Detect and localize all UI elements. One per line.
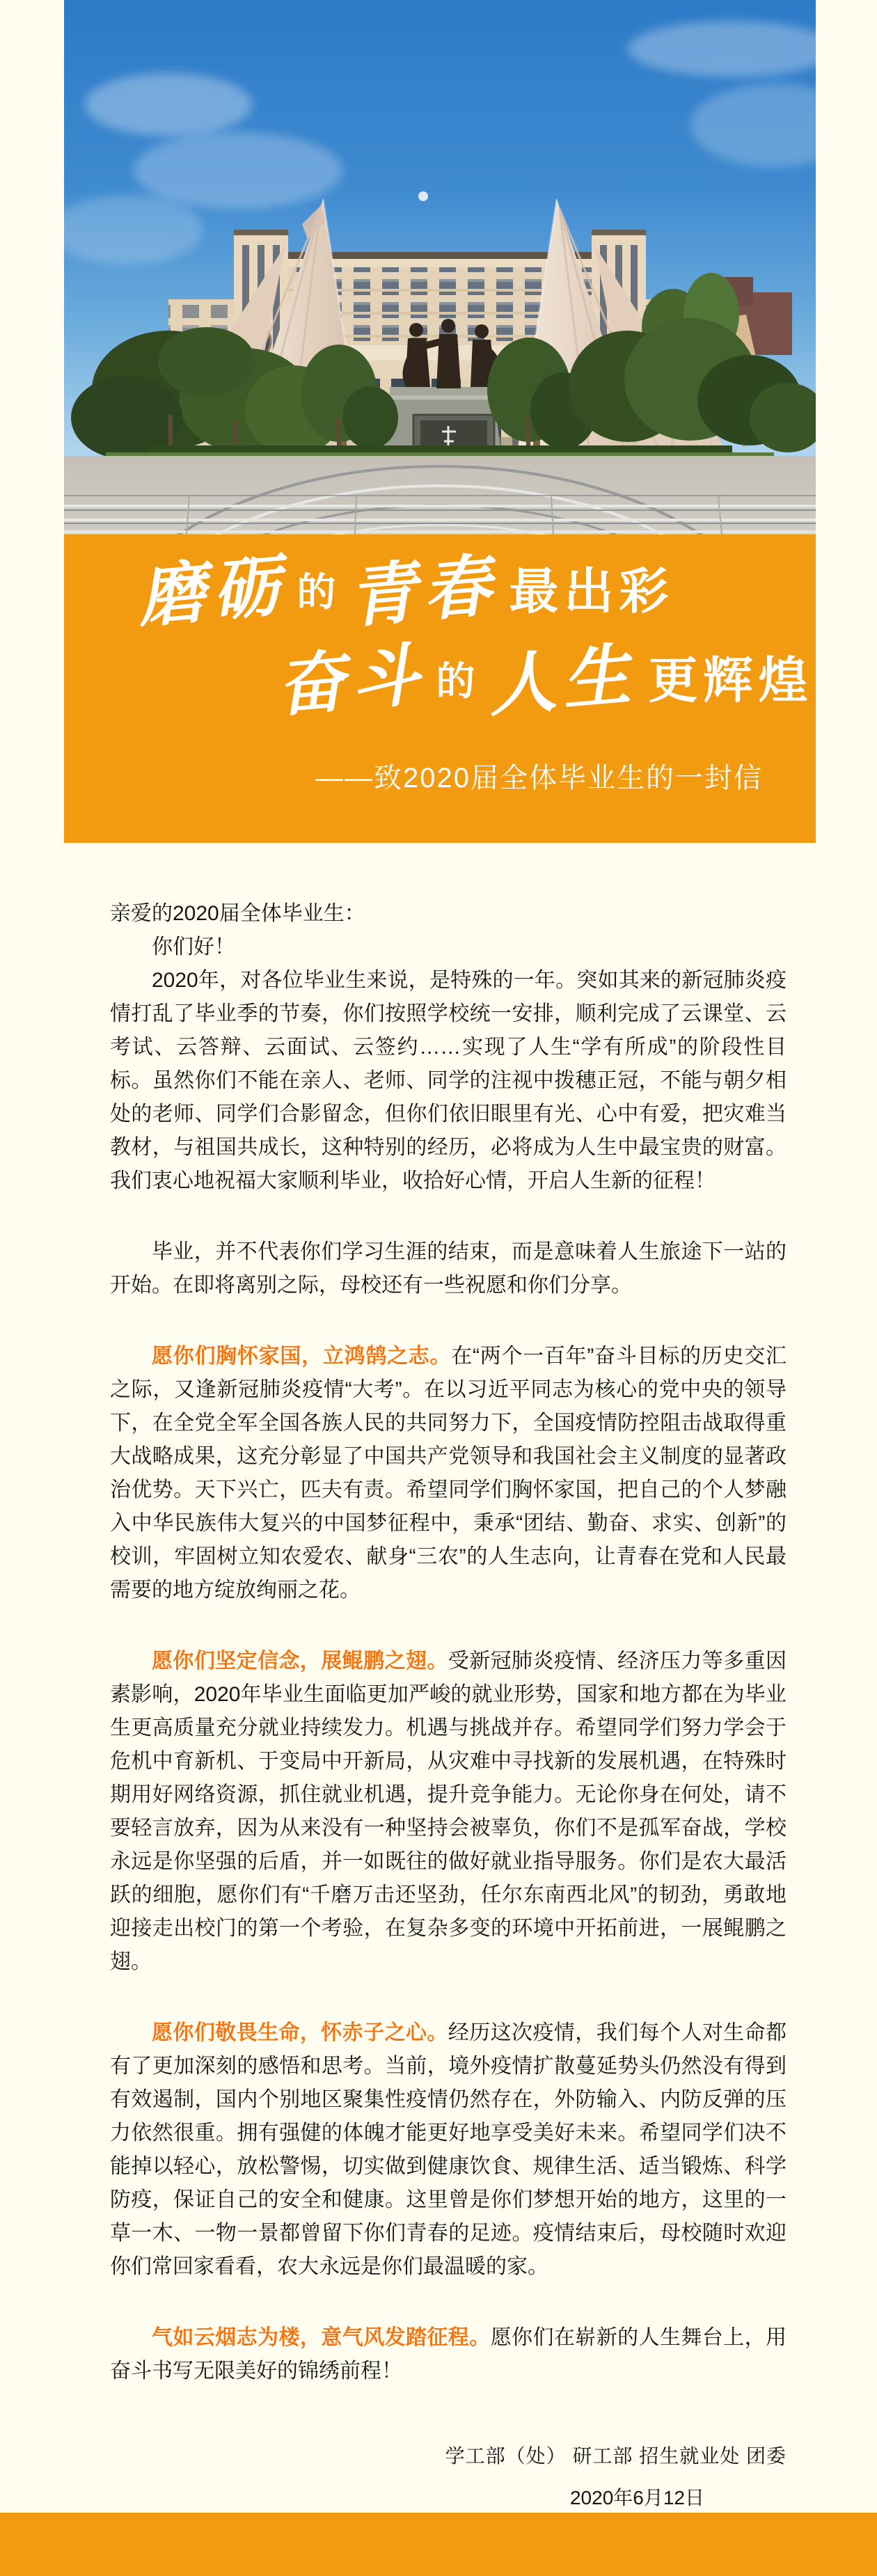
paragraph-lead: 气如云烟志为楼，意气风发踏征程。: [152, 2326, 491, 2349]
banner-title-line2: 奋斗 的 人生 更辉煌: [273, 647, 813, 715]
banner-title-line1: 磨砺 的 青春 最出彩: [134, 558, 674, 626]
title-banner: 磨砺 的 青春 最出彩 奋斗 的 人生 更辉煌 ——致2020届全体毕业生的一封…: [64, 535, 816, 843]
letter-body: 亲爱的2020届全体毕业生： 你们好！ 2020年，对各位毕业生来说，是特殊的一…: [110, 843, 787, 2515]
title-word: 的: [433, 662, 480, 701]
paragraph: 愿你们坚定信念，展鲲鹏之翅。受新冠肺炎疫情、经济压力等多重因素影响，2020年毕…: [110, 1645, 787, 1979]
paragraph: 2020年，对各位毕业生来说，是特殊的一年。突如其来的新冠肺炎疫情打乱了毕业季的…: [110, 964, 787, 1198]
moon: [418, 191, 428, 201]
paragraph-lead: 愿你们敬畏生命，怀赤子之心。: [152, 2021, 448, 2044]
paragraph: 愿你们敬畏生命，怀赤子之心。经历这次疫情，我们每个人对生命都有了更加深刻的感悟和…: [110, 2016, 787, 2284]
paragraph-lead: 愿你们坚定信念，展鲲鹏之翅。: [152, 1650, 448, 1673]
banner-subtitle: ——致2020届全体毕业生的一封信: [315, 756, 763, 796]
campus-photo: [64, 0, 816, 535]
paragraph-text: 经历这次疫情，我们每个人对生命都有了更加深刻的感悟和思考。当前，境外疫情扩散蔓延…: [110, 2021, 787, 2278]
title-calligraphy-word: 人生: [481, 640, 644, 721]
title-word: 最出彩: [505, 567, 674, 617]
paragraph-text: 受新冠肺炎疫情、经济压力等多重因素影响，2020年毕业生面临更加严峻的就业形势，…: [110, 1650, 787, 1973]
campus-photo-illustration: [64, 0, 816, 535]
paragraph: 气如云烟志为楼，意气风发踏征程。愿你们在崭新的人生舞台上，用奋斗书写无限美好的锦…: [110, 2321, 787, 2388]
signature-date: 2020年6月12日: [110, 2481, 787, 2515]
title-word: 的: [294, 573, 341, 612]
title-word: 更辉煌: [644, 656, 813, 706]
paragraph-text: 在“两个一百年”奋斗目标的历史交汇之际，又逢新冠肺炎疫情“大考”。在以习近平同志…: [110, 1345, 787, 1602]
signature: 学工部（处） 研工部 招生就业处 团委: [110, 2440, 787, 2473]
paragraph-text: 你们好！: [152, 935, 235, 958]
salutation: 亲爱的2020届全体毕业生：: [110, 897, 787, 931]
paragraph: 愿你们胸怀家国，立鸿鹄之志。在“两个一百年”奋斗目标的历史交汇之际，又逢新冠肺炎…: [110, 1340, 787, 1607]
paragraph-text: 毕业，并不代表你们学习生涯的结束，而是意味着人生旅途下一站的开始。在即将离别之际…: [110, 1240, 787, 1297]
paragraph: 毕业，并不代表你们学习生涯的结束，而是意味着人生旅途下一站的开始。在即将离别之际…: [110, 1235, 787, 1302]
graduation-letter-poster: 磨砺 的 青春 最出彩 奋斗 的 人生 更辉煌 ——致2020届全体毕业生的一封…: [0, 0, 877, 2576]
title-calligraphy-word: 青春: [342, 551, 505, 632]
title-calligraphy-word: 奋斗: [270, 640, 433, 721]
paragraph-lead: 愿你们胸怀家国，立鸿鹄之志。: [152, 1345, 451, 1368]
paragraph-text: 2020年，对各位毕业生来说，是特殊的一年。突如其来的新冠肺炎疫情打乱了毕业季的…: [110, 969, 787, 1192]
footer-bar: [0, 2513, 877, 2576]
title-calligraphy-word: 磨砺: [131, 551, 294, 632]
paragraph: 你们好！: [110, 931, 787, 964]
